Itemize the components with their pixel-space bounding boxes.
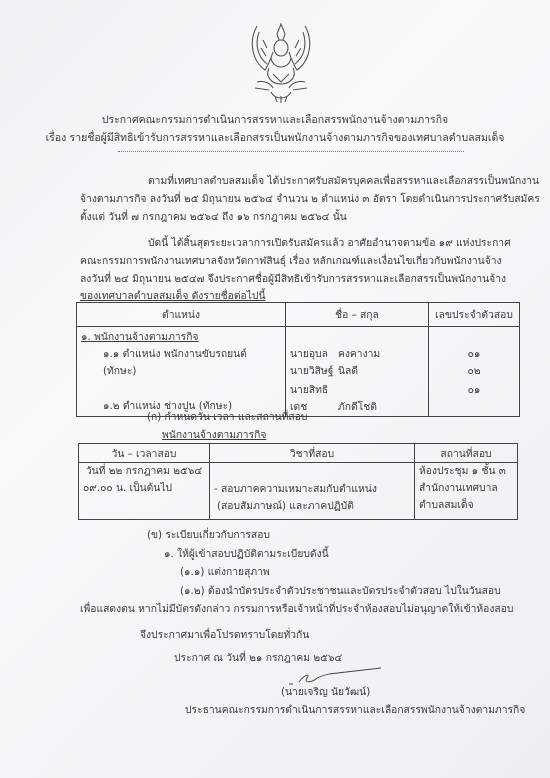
announcement-title: ประกาศคณะกรรมการดำเนินการสรรหาและเลือกสร… — [0, 113, 550, 127]
rule-1-2: (๑.๒) ต้องนำบัตรประจำตัวประชาชนและบัตรปร… — [180, 584, 501, 598]
announcement-page: ประกาศคณะกรรมการดำเนินการสรรหาและเลือกสร… — [0, 0, 550, 778]
section-a-label: (ก) กำหนดวัน เวลา และสถานที่สอบ — [147, 410, 307, 424]
section-b-label: (ข) ระเบียบเกี่ยวกับการสอบ — [147, 528, 270, 542]
candidate-name: นายสิทธิเดชภักดีโชติ — [290, 382, 424, 416]
exam-id: ๐๒ — [433, 363, 515, 380]
exam-id: ๐๑ — [433, 382, 515, 399]
para2-line1: บัดนี้ ได้สิ้นสุดระยะเวลาการเปิดรับสมัคร… — [148, 236, 511, 250]
col-venue: สถานที่สอบ — [415, 444, 518, 463]
exam-subject: - สอบภาคความเหมาะสมกับตำแหน่ง — [214, 481, 410, 498]
exam-id: ๐๑ — [433, 346, 515, 363]
exam-venue: ห้องประชุม ๑ ชั้น ๓ — [419, 463, 513, 480]
section-a-subtitle: พนักงานจ้างตามภารกิจ — [162, 428, 266, 442]
col-exam-id: เลขประจำตัวสอบ — [429, 303, 520, 327]
group-label: ๑. พนักงานจ้างตามภารกิจ — [81, 329, 281, 346]
closing-announce: จึงประกาศมาเพื่อโปรดทราบโดยทั่วกัน — [140, 628, 309, 642]
rule-1-2-cont: เพื่อแสดงตน หากไม่มีบัตรดังกล่าว กรรมการ… — [80, 602, 513, 616]
para1-line1: ตามที่เทศบาลตำบลสมเด็จ ได้ประกาศรับสมัคร… — [148, 174, 539, 188]
exam-venue: สำนักงานเทศบาล — [419, 480, 513, 497]
garuda-emblem-icon — [243, 18, 319, 104]
rule-1: ๑. ให้ผู้เข้าสอบปฏิบัติตามระเบียบดังนี้ — [164, 547, 329, 561]
exam-venue: ตำบลสมเด็จ — [419, 497, 513, 514]
exam-time: ๐๙.๐๐ น. เป็นต้นไป — [83, 480, 205, 497]
table-header-row: วัน – เวลาสอบ วิชาที่สอบ สถานที่สอบ — [79, 444, 518, 463]
announce-date: ประกาศ ณ วันที่ ๒๑ กรกฎาคม ๒๕๖๔ — [174, 651, 342, 665]
para2-line3: ลงวันที่ ๒๔ มิถุนายน ๒๕๔๗ จึงประกาศชื่อผ… — [80, 272, 506, 286]
candidate-name: นายอุบลคงคางาม — [290, 346, 424, 363]
signature-icon — [285, 666, 385, 686]
signer-title: ประธานคณะกรรมการดำเนินการสรรหาและเลือกสร… — [185, 703, 525, 717]
exam-schedule-table: วัน – เวลาสอบ วิชาที่สอบ สถานที่สอบ วันท… — [78, 443, 518, 520]
exam-date: วันที่ ๒๒ กรกฎาคม ๒๕๖๔ — [83, 463, 205, 480]
announcement-subject: เรื่อง รายชื่อผู้มีสิทธิเข้ารับการสรรหาแ… — [0, 131, 550, 145]
para1-line2: จ้างตามภารกิจ ลงวันที่ ๒๕ มิถุนายน ๒๕๖๔ … — [80, 192, 540, 206]
para2-line4: ของเทศบาลตำบลสมเด็จ ดังรายชื่อต่อไปนี้ — [80, 289, 265, 303]
candidates-table: ตำแหน่ง ชื่อ – สกุล เลขประจำตัวสอบ ๑. พน… — [76, 302, 520, 417]
table-header-row: ตำแหน่ง ชื่อ – สกุล เลขประจำตัวสอบ — [77, 303, 520, 327]
table-row: วันที่ ๒๒ กรกฎาคม ๒๕๖๔ ๐๙.๐๐ น. เป็นต้นไ… — [79, 463, 518, 520]
position-title: ๑.๑ ตำแหน่ง พนักงานขับรถยนต์ (ทักษะ) — [81, 346, 281, 380]
exam-subject-detail: (สอบสัมภาษณ์) และภาคปฏิบัติ — [214, 498, 410, 515]
signer-name: (นายเจริญ นัยวัฒน์) — [281, 685, 370, 699]
dotted-divider — [118, 151, 464, 152]
col-position: ตำแหน่ง — [77, 303, 286, 327]
col-name: ชื่อ – สกุล — [286, 303, 429, 327]
table-row: ๑. พนักงานจ้างตามภารกิจ ๑.๑ ตำแหน่ง พนัก… — [77, 327, 520, 417]
col-date-time: วัน – เวลาสอบ — [79, 444, 210, 463]
para1-line3: ตั้งแต่ วันที่ ๗ กรกฎาคม ๒๕๖๔ ถึง ๑๖ กรก… — [80, 210, 347, 224]
candidate-name: นายวิสิษฐ์นิลดี — [290, 363, 424, 380]
col-subject: วิชาที่สอบ — [210, 444, 415, 463]
rule-1-1: (๑.๑) แต่งกายสุภาพ — [180, 565, 270, 579]
para2-line2: คณะกรรมการพนักงานเทศบาลจังหวัดกาฬสินธุ์ … — [80, 254, 502, 268]
